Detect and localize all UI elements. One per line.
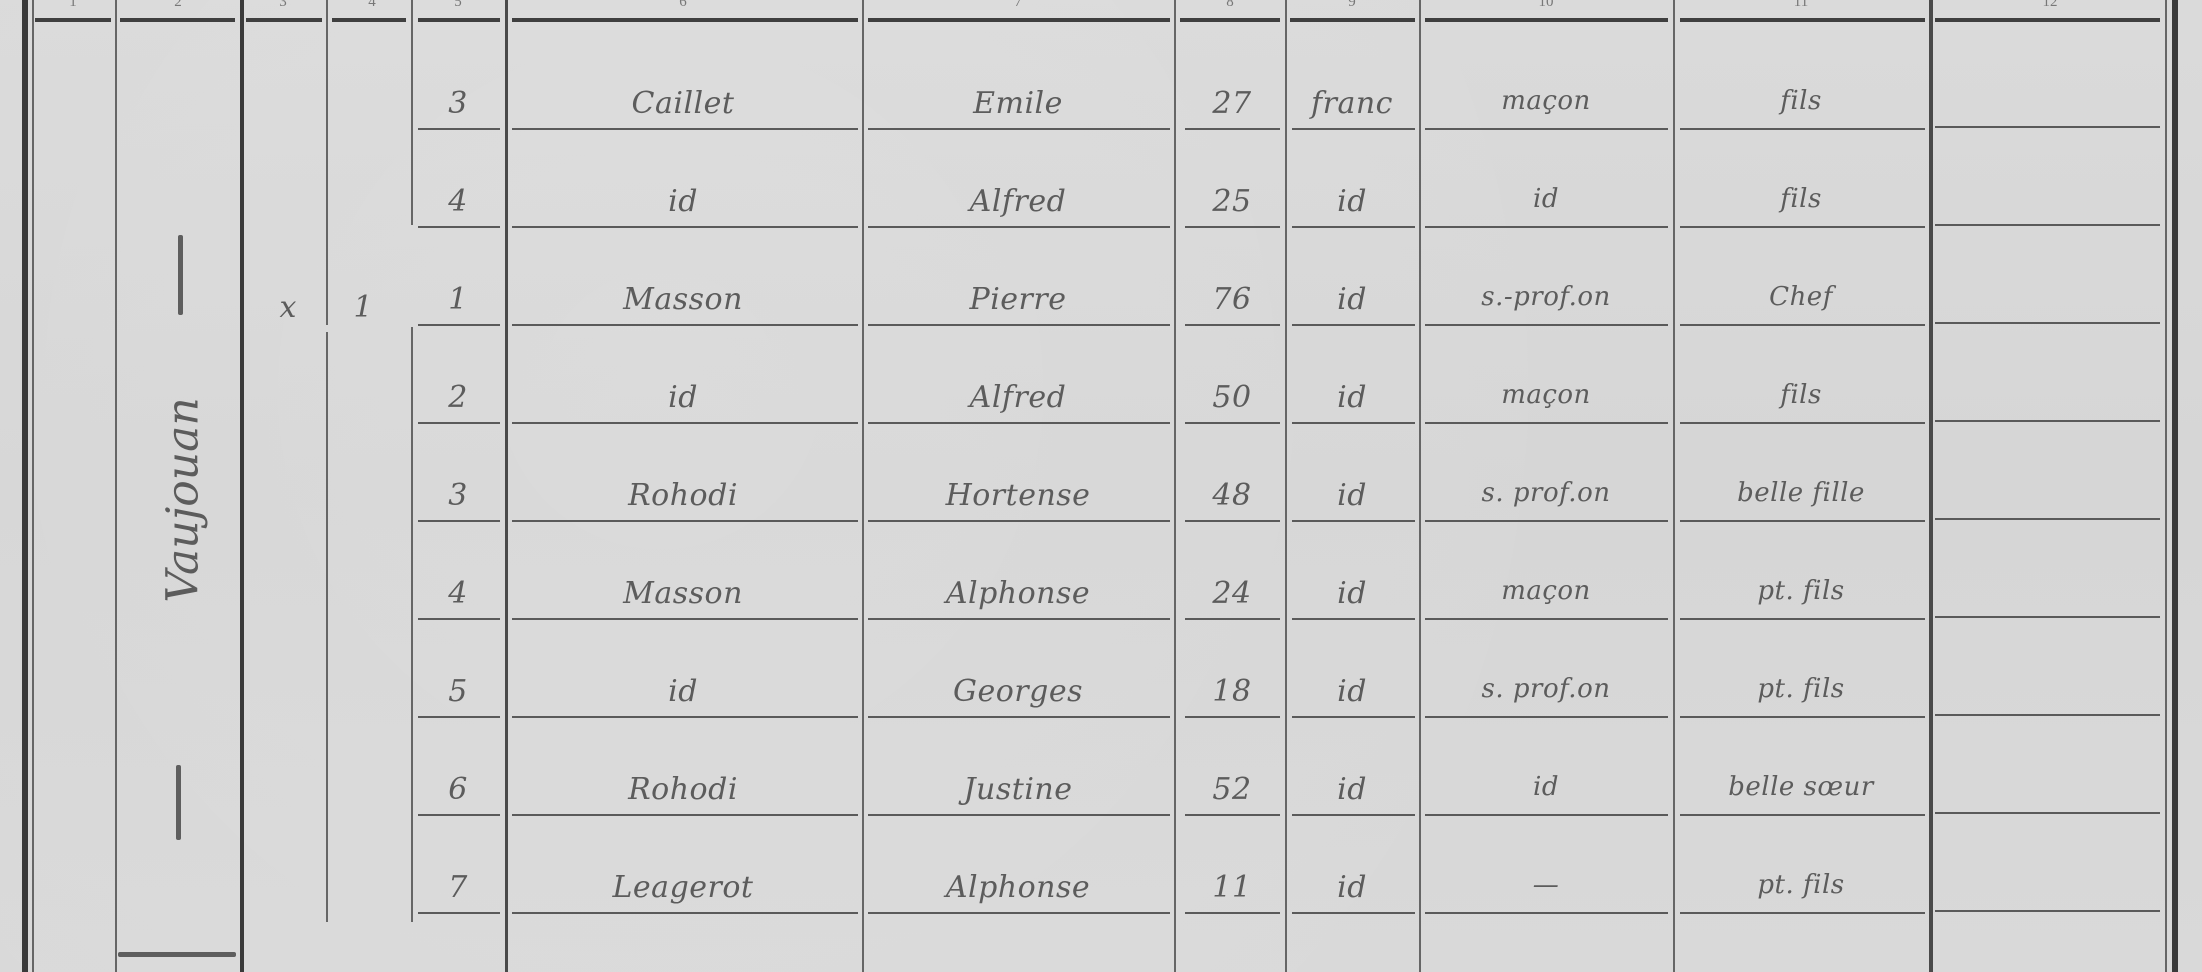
column-number-9: 9 bbox=[1348, 0, 1356, 11]
row-rule bbox=[512, 814, 858, 816]
row-rule bbox=[1680, 520, 1925, 522]
profession-cell: maçon bbox=[1501, 86, 1591, 116]
column-number-7: 7 bbox=[1014, 0, 1022, 11]
order-number-cell: 3 bbox=[448, 86, 468, 121]
row-rule bbox=[1185, 324, 1280, 326]
row-rule bbox=[512, 226, 858, 228]
row-rule bbox=[1292, 716, 1415, 718]
first-name-cell: Alphonse bbox=[946, 576, 1090, 611]
row-rule bbox=[418, 226, 500, 228]
row-rule-remarks bbox=[1935, 714, 2160, 716]
surname-cell: Rohodi bbox=[628, 478, 738, 513]
first-name-cell: Pierre bbox=[970, 282, 1067, 317]
age-cell: 24 bbox=[1212, 576, 1251, 611]
row-rule bbox=[868, 226, 1170, 228]
profession-cell: s.-prof.on bbox=[1481, 282, 1610, 312]
profession-cell: maçon bbox=[1501, 576, 1591, 606]
profession-cell: s. prof.on bbox=[1482, 478, 1611, 508]
surname-cell: Masson bbox=[623, 282, 743, 317]
surname-cell: id bbox=[668, 380, 698, 415]
first-name-cell: Justine bbox=[964, 772, 1073, 807]
nationality-cell: id bbox=[1337, 380, 1367, 415]
row-rule bbox=[1680, 324, 1925, 326]
first-name-cell: Georges bbox=[953, 674, 1083, 709]
relation-cell: fils bbox=[1780, 380, 1822, 410]
row-rule bbox=[1185, 814, 1280, 816]
relation-cell: pt. fils bbox=[1757, 674, 1844, 704]
page-border-right bbox=[2172, 0, 2178, 972]
street-end-rule bbox=[118, 952, 236, 957]
profession-cell: s. prof.on bbox=[1482, 674, 1611, 704]
profession-cell: id bbox=[1533, 772, 1559, 802]
household-number: 1 bbox=[353, 290, 372, 325]
row-rule bbox=[512, 716, 858, 718]
row-rule bbox=[1680, 226, 1925, 228]
order-number-cell: 7 bbox=[448, 870, 468, 905]
column-number-10: 10 bbox=[1539, 0, 1554, 11]
row-rule bbox=[1292, 128, 1415, 130]
row-rule bbox=[1680, 422, 1925, 424]
age-cell: 48 bbox=[1212, 478, 1251, 513]
row-rule bbox=[1425, 128, 1668, 130]
house-mark: x bbox=[280, 290, 297, 325]
surname-cell: Masson bbox=[623, 576, 743, 611]
profession-cell: — bbox=[1533, 870, 1560, 900]
column-number-5: 5 bbox=[454, 0, 462, 11]
row-rule bbox=[868, 912, 1170, 914]
header-rule bbox=[332, 18, 406, 22]
row-rule bbox=[1292, 226, 1415, 228]
column-number-4: 4 bbox=[368, 0, 376, 11]
row-rule bbox=[1292, 912, 1415, 914]
row-rule bbox=[1425, 618, 1668, 620]
relation-cell: belle fille bbox=[1737, 478, 1865, 508]
column-divider-6-7 bbox=[862, 0, 864, 972]
row-rule bbox=[1425, 814, 1668, 816]
age-cell: 27 bbox=[1212, 86, 1251, 121]
header-rule bbox=[120, 18, 235, 22]
order-number-cell: 3 bbox=[448, 478, 468, 513]
order-number-cell: 4 bbox=[448, 576, 468, 611]
column-number-12: 12 bbox=[2043, 0, 2058, 11]
row-rule bbox=[1185, 912, 1280, 914]
column-divider-4-5-upper bbox=[411, 0, 413, 225]
row-rule bbox=[1292, 422, 1415, 424]
row-rule bbox=[1425, 226, 1668, 228]
row-rule bbox=[512, 422, 858, 424]
header-rule bbox=[1290, 18, 1415, 22]
column-number-3: 3 bbox=[279, 0, 287, 11]
order-number-cell: 4 bbox=[448, 184, 468, 219]
surname-cell: id bbox=[668, 674, 698, 709]
row-rule bbox=[1292, 618, 1415, 620]
header-rule bbox=[512, 18, 858, 22]
age-cell: 25 bbox=[1212, 184, 1251, 219]
relation-cell: Chef bbox=[1769, 282, 1833, 312]
row-rule bbox=[868, 618, 1170, 620]
row-rule bbox=[1292, 520, 1415, 522]
age-cell: 18 bbox=[1212, 674, 1251, 709]
first-name-cell: Hortense bbox=[946, 478, 1091, 513]
surname-cell: Leagerot bbox=[613, 870, 754, 905]
row-rule bbox=[868, 716, 1170, 718]
row-rule bbox=[418, 716, 500, 718]
row-rule bbox=[1185, 128, 1280, 130]
header-rule bbox=[868, 18, 1170, 22]
row-rule bbox=[418, 520, 500, 522]
surname-cell: Caillet bbox=[632, 86, 735, 121]
relation-cell: belle sœur bbox=[1728, 772, 1874, 802]
header-rule bbox=[246, 18, 322, 22]
page-border-left bbox=[22, 0, 28, 972]
row-rule bbox=[512, 324, 858, 326]
row-rule-remarks bbox=[1935, 910, 2160, 912]
row-rule bbox=[1680, 814, 1925, 816]
row-rule-remarks bbox=[1935, 518, 2160, 520]
column-divider-11-12 bbox=[1929, 0, 1933, 972]
row-rule bbox=[512, 912, 858, 914]
row-rule bbox=[1185, 716, 1280, 718]
nationality-cell: id bbox=[1337, 674, 1367, 709]
relation-cell: pt. fils bbox=[1757, 576, 1844, 606]
nationality-cell: franc bbox=[1311, 86, 1393, 121]
order-number-cell: 6 bbox=[448, 772, 468, 807]
row-rule bbox=[868, 422, 1170, 424]
column-divider-1-2 bbox=[115, 0, 117, 972]
column-divider-10-11 bbox=[1673, 0, 1675, 972]
age-cell: 11 bbox=[1212, 870, 1251, 905]
row-rule bbox=[512, 520, 858, 522]
row-rule-remarks bbox=[1935, 812, 2160, 814]
row-rule bbox=[1680, 128, 1925, 130]
row-rule bbox=[1425, 520, 1668, 522]
row-rule bbox=[868, 814, 1170, 816]
column-divider-2-3 bbox=[240, 0, 244, 972]
header-rule bbox=[1680, 18, 1925, 22]
census-page: 1 2 3 4 5 6 7 8 9 10 11 12 Vaujouan x 1 … bbox=[0, 0, 2202, 972]
surname-cell: id bbox=[668, 184, 698, 219]
row-rule bbox=[418, 912, 500, 914]
row-rule-remarks bbox=[1935, 616, 2160, 618]
relation-cell: pt. fils bbox=[1757, 870, 1844, 900]
profession-cell: id bbox=[1533, 184, 1559, 214]
column-number-1: 1 bbox=[69, 0, 77, 11]
column-divider-9-10 bbox=[1419, 0, 1421, 972]
header-rule bbox=[1180, 18, 1280, 22]
row-rule bbox=[1185, 422, 1280, 424]
row-rule bbox=[1425, 716, 1668, 718]
row-rule bbox=[512, 618, 858, 620]
column-number-11: 11 bbox=[1794, 0, 1808, 11]
column-divider-3-4-lower bbox=[326, 332, 328, 922]
row-rule bbox=[1680, 618, 1925, 620]
row-rule bbox=[1425, 324, 1668, 326]
row-rule-remarks bbox=[1935, 224, 2160, 226]
column-number-8: 8 bbox=[1226, 0, 1234, 11]
nationality-cell: id bbox=[1337, 576, 1367, 611]
header-rule bbox=[418, 18, 500, 22]
relation-cell: fils bbox=[1780, 86, 1822, 116]
first-name-cell: Alfred bbox=[970, 184, 1067, 219]
first-name-cell: Alphonse bbox=[946, 870, 1090, 905]
age-cell: 76 bbox=[1212, 282, 1251, 317]
row-rule bbox=[418, 618, 500, 620]
header-rule bbox=[35, 18, 111, 22]
row-rule bbox=[1680, 912, 1925, 914]
column-divider-7-8 bbox=[1174, 0, 1176, 972]
row-rule bbox=[868, 128, 1170, 130]
row-rule bbox=[418, 128, 500, 130]
first-name-cell: Emile bbox=[973, 86, 1063, 121]
row-rule bbox=[1425, 422, 1668, 424]
row-rule bbox=[1680, 716, 1925, 718]
row-rule bbox=[512, 128, 858, 130]
street-bracket-dash-bottom bbox=[176, 765, 181, 840]
nationality-cell: id bbox=[1337, 772, 1367, 807]
row-rule bbox=[1292, 324, 1415, 326]
age-cell: 52 bbox=[1212, 772, 1251, 807]
row-rule-remarks bbox=[1935, 126, 2160, 128]
row-rule bbox=[418, 324, 500, 326]
column-divider-5-6 bbox=[505, 0, 508, 972]
page-border-left-inner bbox=[32, 0, 34, 972]
row-rule bbox=[1425, 912, 1668, 914]
column-divider-8-9 bbox=[1285, 0, 1287, 972]
first-name-cell: Alfred bbox=[970, 380, 1067, 415]
row-rule bbox=[418, 814, 500, 816]
order-number-cell: 1 bbox=[448, 282, 468, 317]
row-rule bbox=[868, 520, 1170, 522]
profession-cell: maçon bbox=[1501, 380, 1591, 410]
column-divider-3-4-upper bbox=[326, 0, 328, 325]
street-bracket-dash-top bbox=[178, 235, 183, 315]
row-rule bbox=[1185, 226, 1280, 228]
header-rule bbox=[1425, 18, 1668, 22]
row-rule bbox=[1185, 520, 1280, 522]
nationality-cell: id bbox=[1337, 184, 1367, 219]
order-number-cell: 5 bbox=[448, 674, 468, 709]
row-rule-remarks bbox=[1935, 322, 2160, 324]
column-number-2: 2 bbox=[174, 0, 182, 11]
surname-cell: Rohodi bbox=[628, 772, 738, 807]
row-rule bbox=[418, 422, 500, 424]
nationality-cell: id bbox=[1337, 478, 1367, 513]
age-cell: 50 bbox=[1212, 380, 1251, 415]
row-rule bbox=[868, 324, 1170, 326]
row-rule bbox=[1185, 618, 1280, 620]
page-border-right-inner bbox=[2165, 0, 2167, 972]
header-rule bbox=[1935, 18, 2160, 22]
relation-cell: fils bbox=[1780, 184, 1822, 214]
row-rule bbox=[1292, 814, 1415, 816]
column-divider-4-5-lower bbox=[411, 327, 413, 922]
row-rule-remarks bbox=[1935, 420, 2160, 422]
order-number-cell: 2 bbox=[448, 380, 468, 415]
street-name: Vaujouan bbox=[158, 397, 209, 602]
nationality-cell: id bbox=[1337, 870, 1367, 905]
nationality-cell: id bbox=[1337, 282, 1367, 317]
column-number-6: 6 bbox=[679, 0, 687, 11]
